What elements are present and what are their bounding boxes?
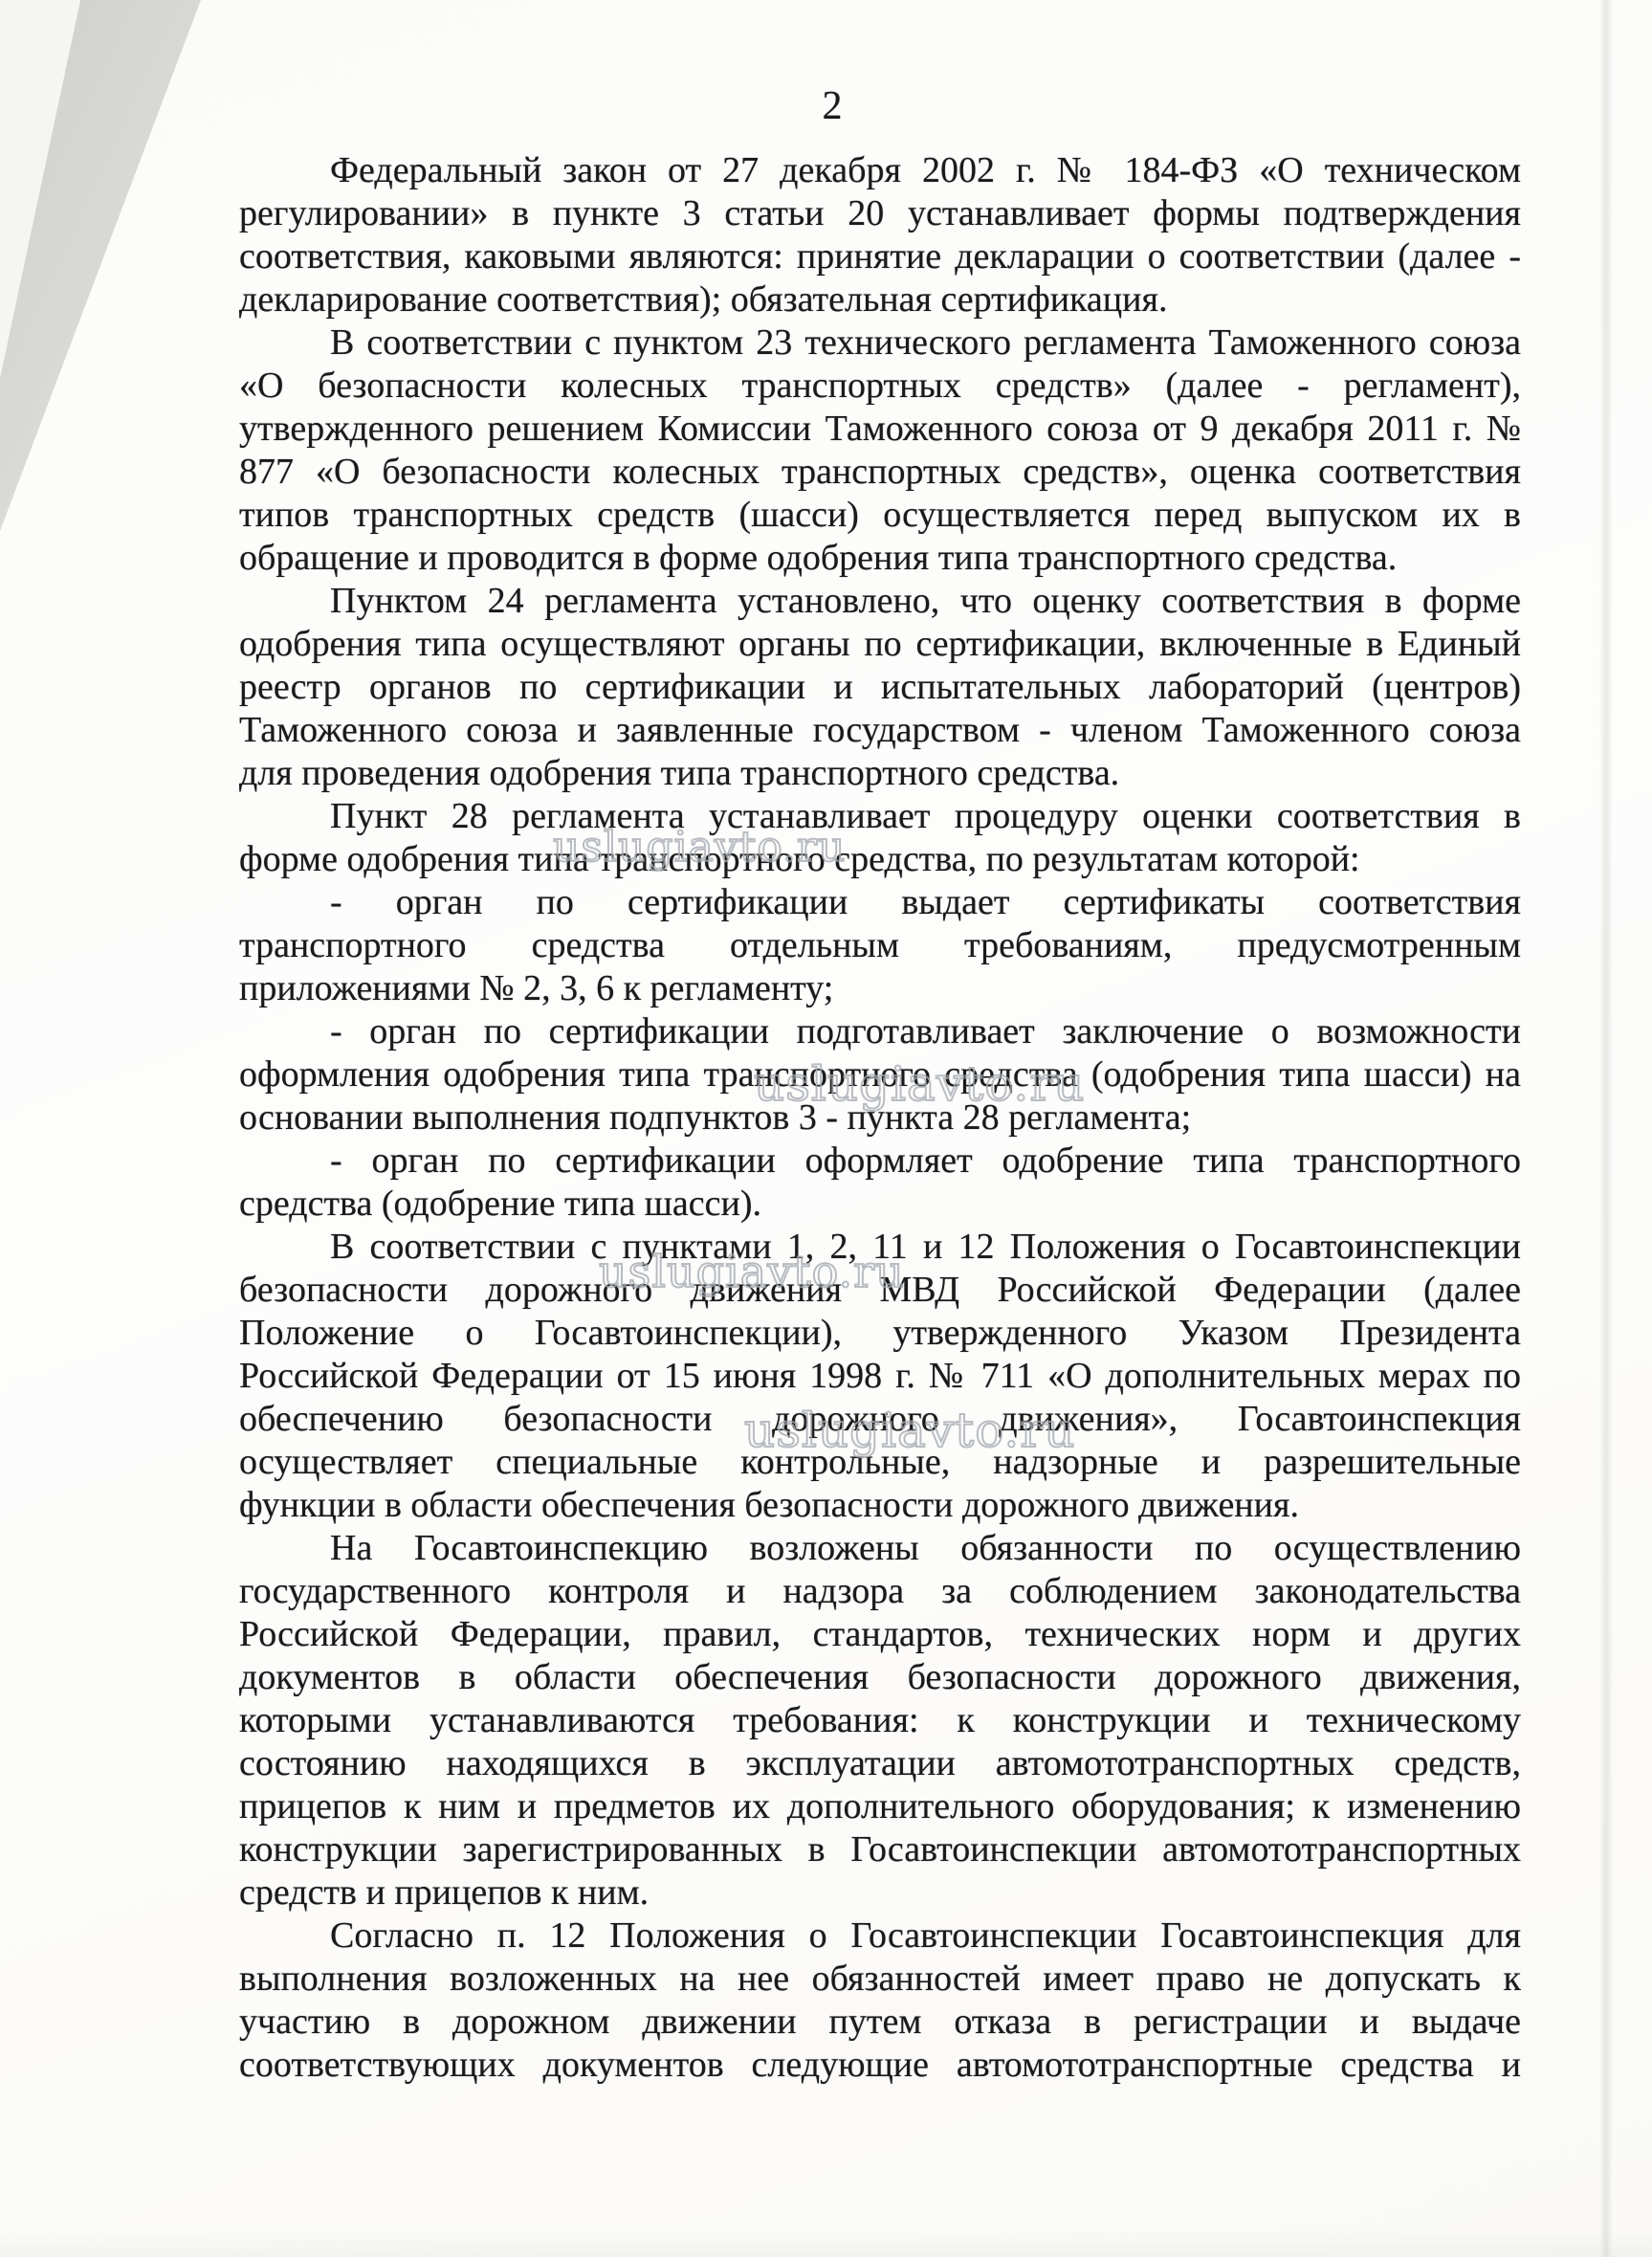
text-line: государственного контроля и надзора за с… xyxy=(239,1570,1521,1613)
text-line: соответствия, каковыми являются: приняти… xyxy=(239,235,1521,278)
text-line: прицепов к ним и предметов их дополнител… xyxy=(239,1785,1521,1828)
text-line: для проведения одобрения типа транспортн… xyxy=(239,752,1521,795)
text-line: соответствующих документов следующие авт… xyxy=(239,2044,1521,2087)
text-line: На Госавтоинспекцию возложены обязанност… xyxy=(239,1527,1521,1570)
text-line: документов в области обеспечения безопас… xyxy=(239,1656,1521,1699)
text-line: Федеральный закон от 27 декабря 2002 г. … xyxy=(239,149,1521,192)
text-line: которыми устанавливаются требования: к к… xyxy=(239,1699,1521,1742)
text-line: регулировании» в пункте 3 статьи 20 уста… xyxy=(239,192,1521,235)
text-line: средств и прицепов к ним. xyxy=(239,1871,1521,1914)
text-line: выполнения возложенных на нее обязанност… xyxy=(239,1958,1521,2001)
paragraph: Пунктом 24 регламента установлено, что о… xyxy=(239,580,1521,795)
page-number: 2 xyxy=(802,84,863,128)
text-line: Пунктом 24 регламента установлено, что о… xyxy=(239,580,1521,623)
paragraph: В соответствии с пунктом 23 технического… xyxy=(239,321,1521,580)
text-line: основании выполнения подпунктов 3 - пунк… xyxy=(239,1096,1521,1140)
paragraph: Федеральный закон от 27 декабря 2002 г. … xyxy=(239,149,1521,321)
text-line: безопасности дорожного движения МВД Росс… xyxy=(239,1269,1521,1312)
paragraph: - орган по сертификации подготавливает з… xyxy=(239,1010,1521,1140)
text-line: типов транспортных средств (шасси) осуще… xyxy=(239,494,1521,537)
text-line: реестр органов по сертификации и испытат… xyxy=(239,666,1521,709)
scan-bottom-shadow xyxy=(0,2229,1652,2257)
text-line: обеспечению безопасности дорожного движе… xyxy=(239,1398,1521,1441)
text-line: Пункт 28 регламента устанавливает процед… xyxy=(239,795,1521,838)
text-line: одобрения типа осуществляют органы по се… xyxy=(239,623,1521,666)
paragraph: - орган по сертификации выдает сертифика… xyxy=(239,881,1521,1010)
text-line: участию в дорожном движении путем отказа… xyxy=(239,2001,1521,2044)
paragraph: В соответствии с пунктами 1, 2, 11 и 12 … xyxy=(239,1226,1521,1527)
text-line: функции в области обеспечения безопаснос… xyxy=(239,1484,1521,1527)
text-line: «О безопасности колесных транспортных ср… xyxy=(239,365,1521,408)
text-line: транспортного средства отдельным требова… xyxy=(239,924,1521,967)
paragraph: На Госавтоинспекцию возложены обязанност… xyxy=(239,1527,1521,1914)
text-line: конструкции зарегистрированных в Госавто… xyxy=(239,1828,1521,1871)
paragraph: - орган по сертификации оформляет одобре… xyxy=(239,1140,1521,1226)
text-line: Согласно п. 12 Положения о Госавтоинспек… xyxy=(239,1914,1521,1958)
text-line: осуществляет специальные контрольные, на… xyxy=(239,1441,1521,1484)
text-line: состоянию находящихся в эксплуатации авт… xyxy=(239,1742,1521,1785)
scan-right-edge-shadow xyxy=(1599,0,1613,2257)
text-line: Российской Федерации, правил, стандартов… xyxy=(239,1613,1521,1656)
text-line: - орган по сертификации оформляет одобре… xyxy=(239,1140,1521,1183)
text-line: - орган по сертификации подготавливает з… xyxy=(239,1010,1521,1053)
text-line: Российской Федерации от 15 июня 1998 г. … xyxy=(239,1355,1521,1398)
text-line: Положение о Госавтоинспекции), утвержден… xyxy=(239,1312,1521,1355)
text-line: обращение и проводится в форме одобрения… xyxy=(239,537,1521,580)
text-line: В соответствии с пунктом 23 технического… xyxy=(239,321,1521,365)
text-line: декларирование соответствия); обязательн… xyxy=(239,278,1521,321)
text-line: приложениями № 2, 3, 6 к регламенту; xyxy=(239,967,1521,1010)
document-text: Федеральный закон от 27 декабря 2002 г. … xyxy=(239,149,1521,2087)
text-line: Таможенного союза и заявленные государст… xyxy=(239,709,1521,752)
text-line: 877 «О безопасности колесных транспортны… xyxy=(239,451,1521,494)
paragraph: Пункт 28 регламента устанавливает процед… xyxy=(239,795,1521,881)
text-line: оформления одобрения типа транспортного … xyxy=(239,1053,1521,1096)
text-line: утвержденного решением Комиссии Таможенн… xyxy=(239,408,1521,451)
paragraph: Согласно п. 12 Положения о Госавтоинспек… xyxy=(239,1914,1521,2087)
scanned-page: 2 Федеральный закон от 27 декабря 2002 г… xyxy=(0,0,1652,2257)
text-line: форме одобрения типа транспортного средс… xyxy=(239,838,1521,881)
text-line: В соответствии с пунктами 1, 2, 11 и 12 … xyxy=(239,1226,1521,1269)
text-line: средства (одобрение типа шасси). xyxy=(239,1183,1521,1226)
text-line: - орган по сертификации выдает сертифика… xyxy=(239,881,1521,924)
